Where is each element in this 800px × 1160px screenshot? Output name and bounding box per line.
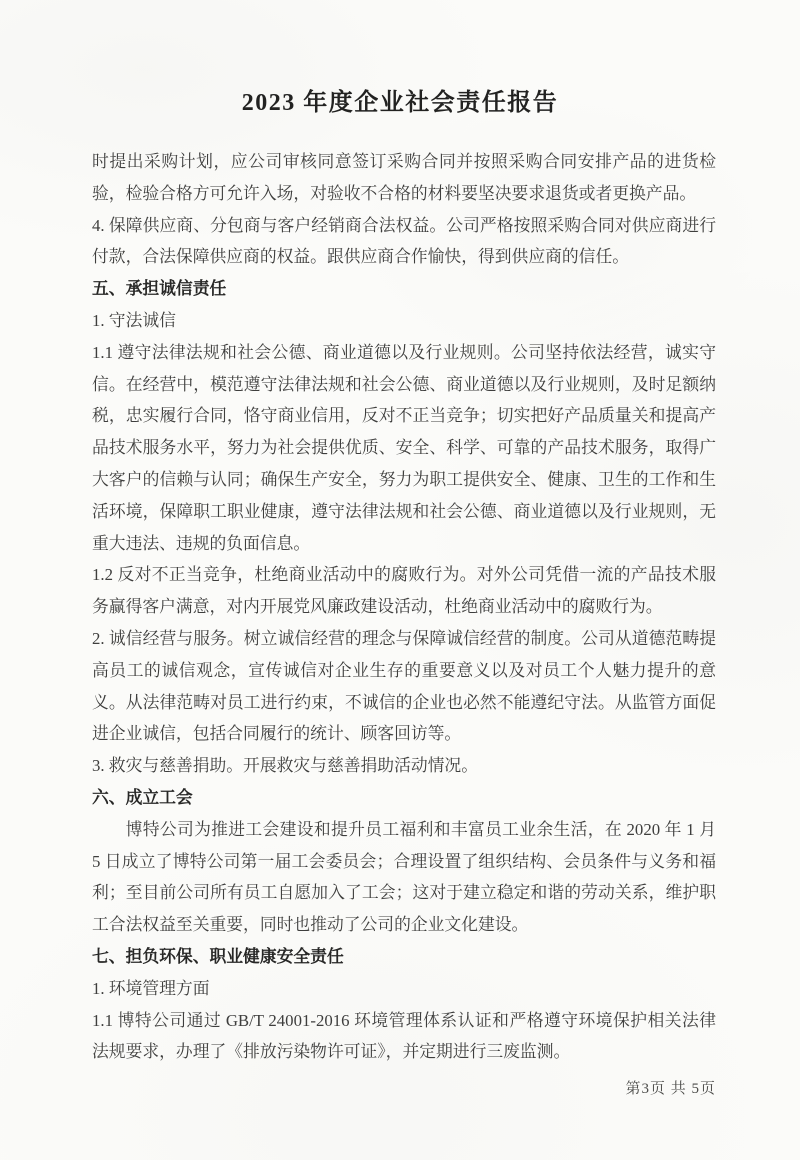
- paragraph: 1.2 反对不正当竞争，杜绝商业活动中的腐败行为。对外公司凭借一流的产品技术服务…: [92, 559, 716, 623]
- paragraph: 1. 环境管理方面: [92, 973, 716, 1005]
- document-body: 时提出采购计划，应公司审核同意签订采购合同并按照采购合同安排产品的进货检验，检验…: [92, 146, 716, 1068]
- paragraph: 1. 守法诚信: [92, 305, 716, 337]
- paragraph: 4. 保障供应商、分包商与客户经销商合法权益。公司严格按照采购合同对供应商进行付…: [92, 210, 716, 274]
- paragraph: 时提出采购计划，应公司审核同意签订采购合同并按照采购合同安排产品的进货检验，检验…: [92, 146, 716, 210]
- paragraph: 博特公司为推进工会建设和提升员工福利和丰富员工业余生活，在 2020 年 1 月…: [92, 814, 716, 941]
- report-title: 2023 年度企业社会责任报告: [0, 82, 800, 117]
- scanned-report-page: 2023 年度企业社会责任报告 时提出采购计划，应公司审核同意签订采购合同并按照…: [0, 0, 800, 1160]
- section-heading-labor-union: 六、成立工会: [92, 782, 716, 814]
- paragraph: 1.1 遵守法律法规和社会公德、商业道德以及行业规则。公司坚持依法经营，诚实守信…: [92, 337, 716, 560]
- page-number: 第3页 共 5页: [92, 1077, 716, 1098]
- paragraph: 2. 诚信经营与服务。树立诚信经营的理念与保障诚信经营的制度。公司从道德范畴提高…: [92, 623, 716, 750]
- paragraph: 3. 救灾与慈善捐助。开展救灾与慈善捐助活动情况。: [92, 750, 716, 782]
- paragraph: 1.1 博特公司通过 GB/T 24001-2016 环境管理体系认证和严格遵守…: [92, 1005, 716, 1069]
- section-heading-integrity: 五、承担诚信责任: [92, 273, 716, 305]
- section-heading-environment-safety: 七、担负环保、职业健康安全责任: [92, 941, 716, 973]
